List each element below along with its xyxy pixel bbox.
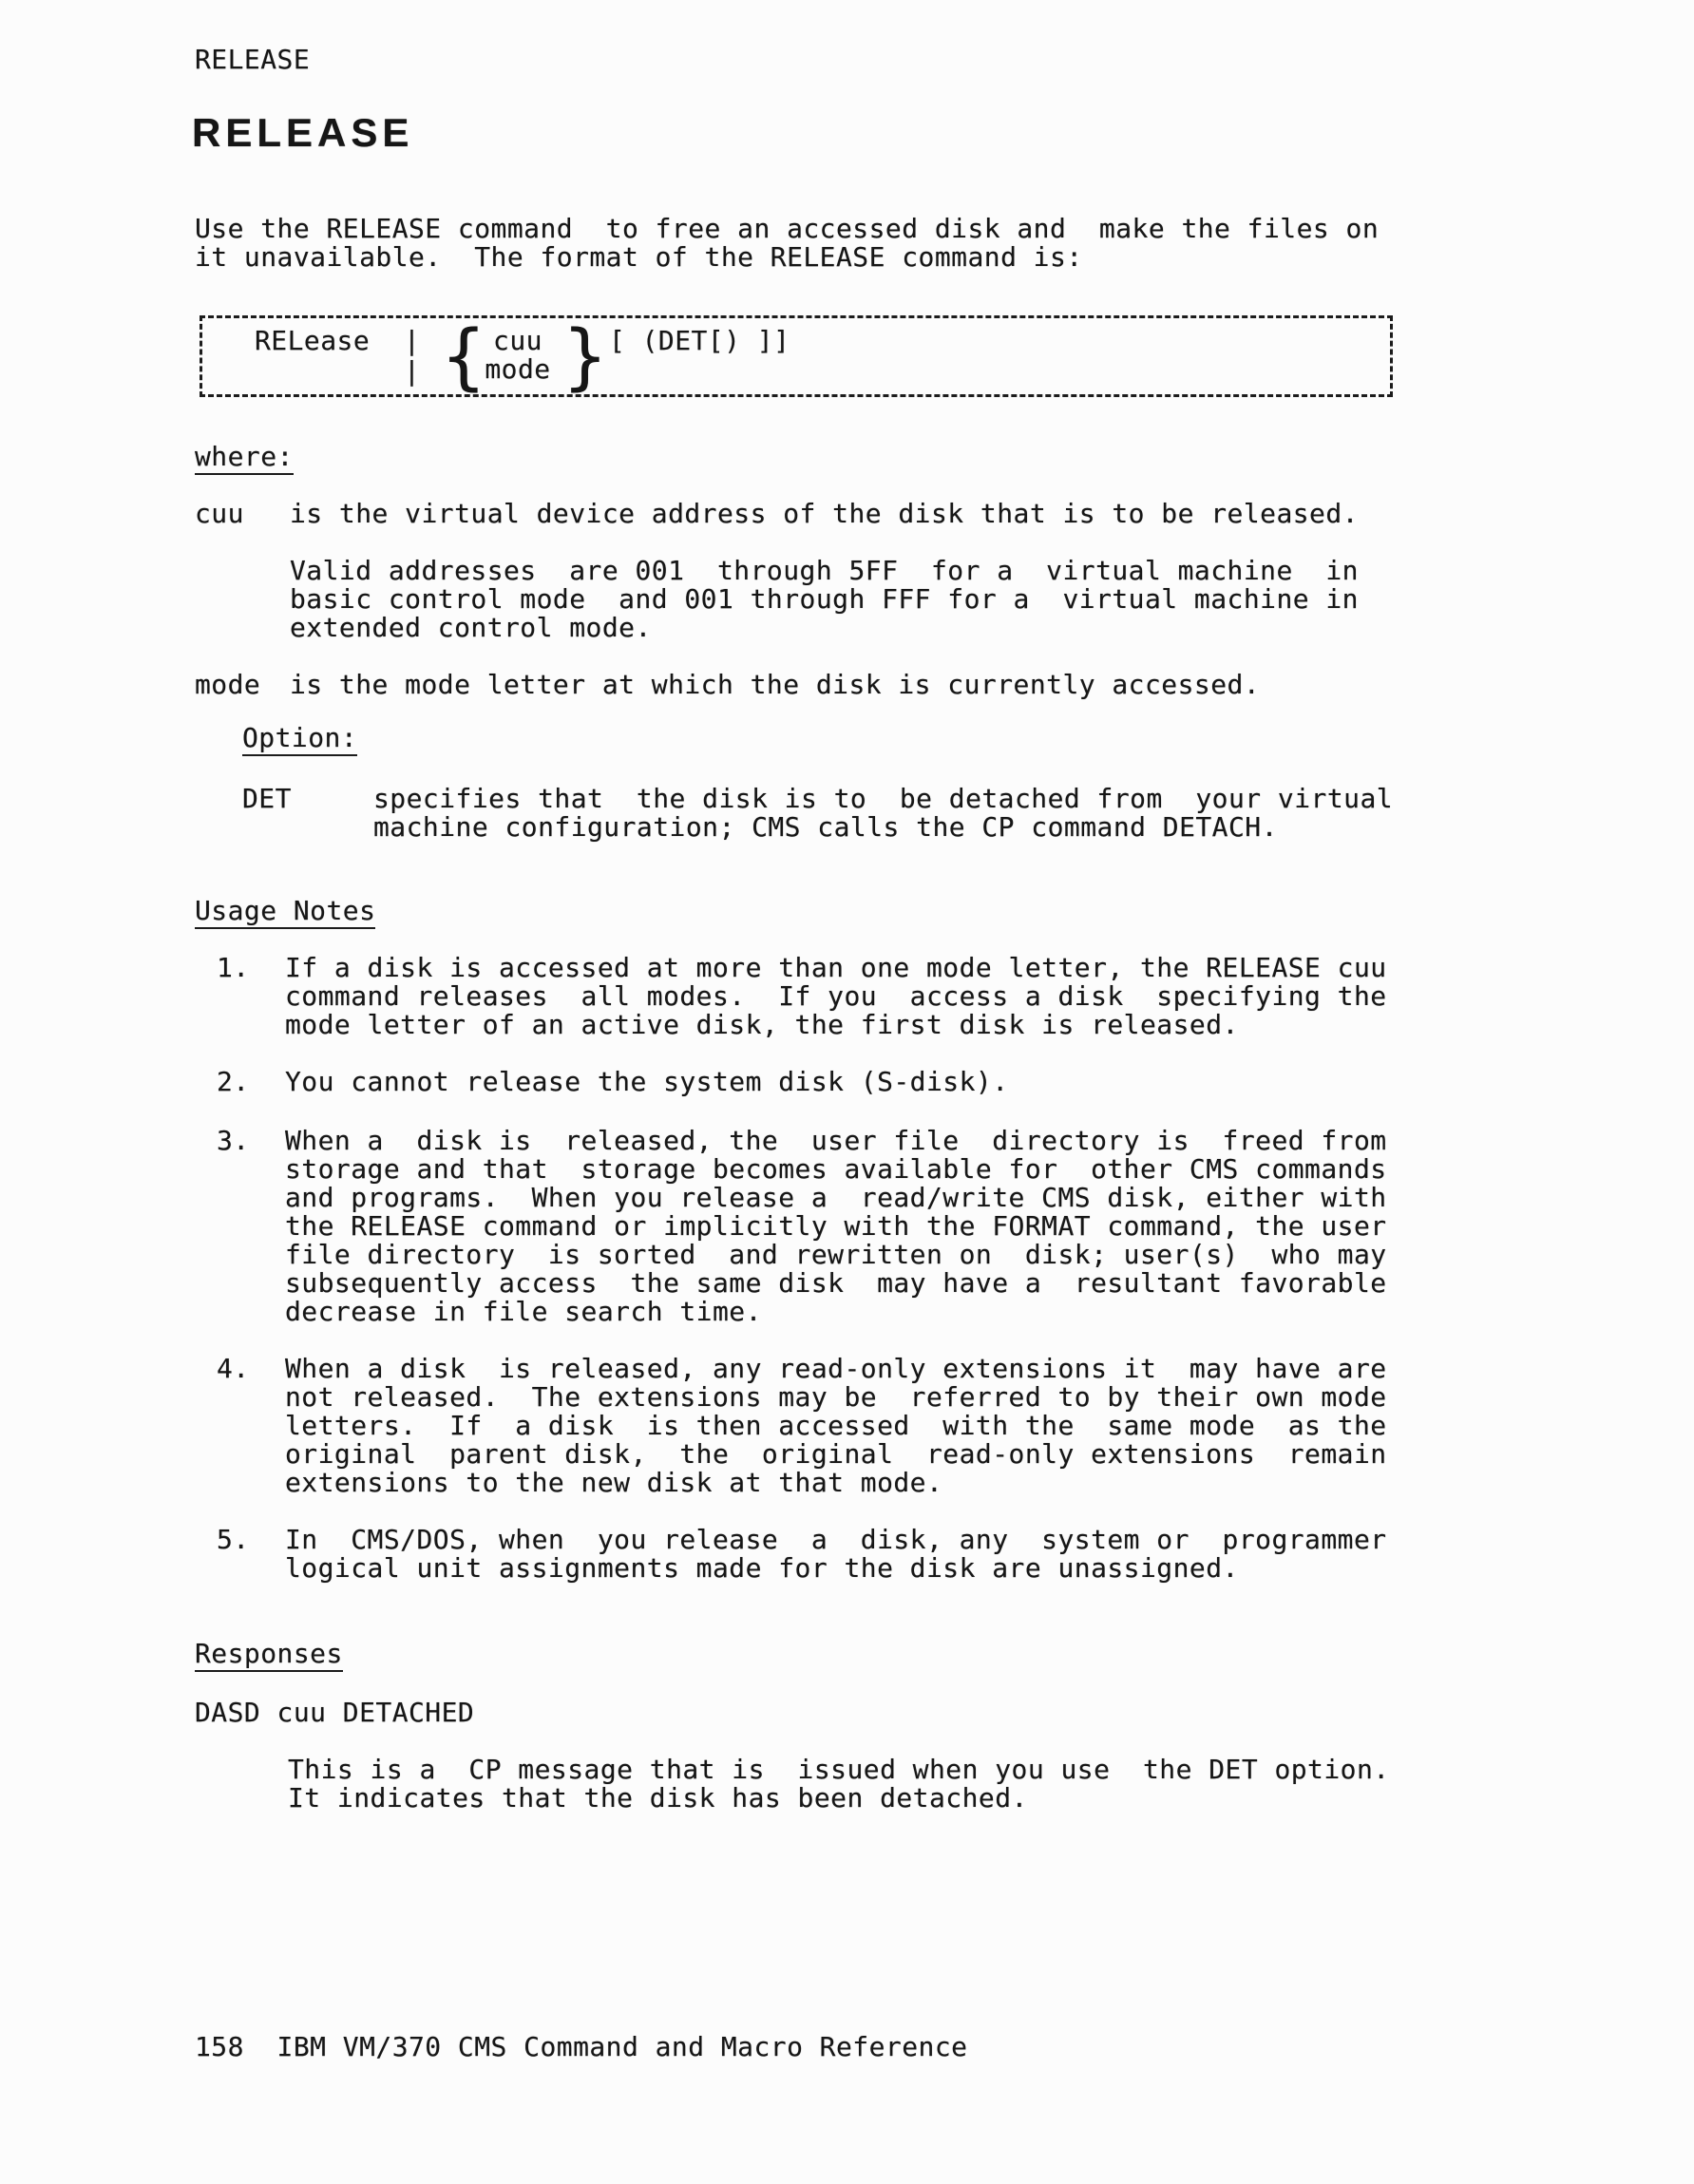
note-line: When a disk is released, the user file d…: [285, 1127, 1387, 1155]
note-line: If a disk is accessed at more than one m…: [285, 954, 1387, 982]
term-det-desc: specifies that the disk is to be detache…: [373, 785, 1393, 813]
intro-line: it unavailable. The format of the RELEAS…: [195, 243, 1083, 272]
syntax-separator: |: [404, 327, 420, 355]
response-message: DASD cuu DETACHED: [195, 1699, 474, 1727]
page-title: RELEASE: [192, 112, 413, 154]
term-mode-desc: is the mode letter at which the disk is …: [290, 671, 1260, 699]
term-cuu-desc: is the virtual device address of the dis…: [290, 500, 1359, 528]
note-line: You cannot release the system disk (S-di…: [285, 1068, 1009, 1096]
term-det-desc: machine configuration; CMS calls the CP …: [373, 813, 1278, 842]
syntax-separator: |: [404, 357, 420, 386]
where-heading: where:: [195, 443, 294, 475]
note-number: 3.: [217, 1127, 250, 1155]
usage-notes-heading-label: Usage Notes: [195, 897, 375, 929]
note-line: original parent disk, the original read-…: [285, 1440, 1387, 1469]
term-mode: mode: [195, 671, 260, 699]
note-line: the RELEASE command or implicitly with t…: [285, 1212, 1387, 1241]
term-cuu-desc: extended control mode.: [290, 614, 652, 642]
where-heading-label: where:: [195, 443, 294, 475]
option-heading-label: Option:: [242, 724, 357, 756]
syntax-options: [ (DET[) ]]: [609, 327, 790, 355]
note-number: 5.: [217, 1526, 250, 1554]
intro-line: Use the RELEASE command to free an acces…: [195, 215, 1379, 243]
note-line: storage and that storage becomes availab…: [285, 1155, 1387, 1184]
syntax-brace-close: }: [563, 318, 607, 394]
note-number: 2.: [217, 1068, 250, 1096]
note-line: subsequently access the same disk may ha…: [285, 1269, 1387, 1298]
note-line: not released. The extensions may be refe…: [285, 1383, 1387, 1412]
term-cuu-desc: Valid addresses are 001 through 5FF for …: [290, 557, 1359, 585]
term-cuu-desc: basic control mode and 001 through FFF f…: [290, 585, 1359, 614]
note-line: In CMS/DOS, when you release a disk, any…: [285, 1526, 1387, 1554]
note-line: decrease in file search time.: [285, 1298, 762, 1326]
usage-notes-heading: Usage Notes: [195, 897, 375, 929]
syntax-operands: cuu mode: [478, 327, 558, 384]
note-line: extensions to the new disk at that mode.: [285, 1469, 942, 1497]
term-det: DET: [242, 785, 292, 813]
option-heading: Option:: [242, 724, 357, 756]
running-head: RELEASE: [195, 46, 310, 74]
syntax-operand-mode: mode: [478, 355, 558, 384]
syntax-operand-cuu: cuu: [478, 327, 558, 355]
note-number: 4.: [217, 1355, 250, 1383]
responses-heading-label: Responses: [195, 1640, 343, 1672]
term-cuu: cuu: [195, 500, 244, 528]
page-footer: 158 IBM VM/370 CMS Command and Macro Ref…: [195, 2033, 967, 2061]
note-line: file directory is sorted and rewritten o…: [285, 1241, 1387, 1269]
note-line: command releases all modes. If you acces…: [285, 982, 1387, 1011]
note-line: mode letter of an active disk, the first…: [285, 1011, 1239, 1039]
responses-heading: Responses: [195, 1640, 343, 1672]
note-line: When a disk is released, any read-only e…: [285, 1355, 1387, 1383]
syntax-command: RELease: [255, 327, 370, 355]
note-line: and programs. When you release a read/wr…: [285, 1184, 1387, 1212]
syntax-box: RELease | | { cuu mode } [ (DET[) ]]: [200, 315, 1393, 397]
response-desc-line: It indicates that the disk has been deta…: [288, 1784, 1028, 1813]
note-line: logical unit assignments made for the di…: [285, 1554, 1239, 1583]
note-number: 1.: [217, 954, 250, 982]
note-line: letters. If a disk is then accessed with…: [285, 1412, 1387, 1440]
response-desc-line: This is a CP message that is issued when…: [288, 1756, 1390, 1784]
